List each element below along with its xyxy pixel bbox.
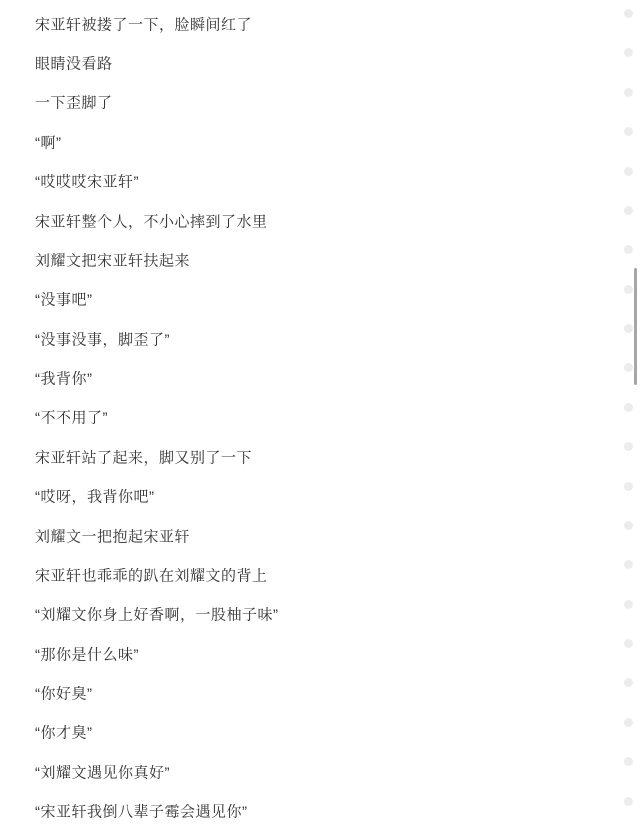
paragraph-comment-dot-icon[interactable] (624, 206, 633, 215)
paragraph-comment-dot-icon[interactable] (624, 797, 633, 806)
paragraph-text: “没事吧” (35, 293, 93, 308)
story-paragraph: “没事吧” (0, 281, 640, 320)
paragraph-text: 一下歪脚了 (35, 96, 113, 111)
paragraph-comment-dot-icon[interactable] (624, 442, 633, 451)
paragraph-comment-dot-icon[interactable] (624, 324, 633, 333)
paragraph-comment-dot-icon[interactable] (624, 678, 633, 687)
story-paragraph: 宋亚轩站了起来，脚又别了一下 (0, 438, 640, 477)
paragraph-text: “啊” (35, 135, 62, 150)
paragraph-comment-dot-icon[interactable] (624, 48, 633, 57)
story-paragraph: “我背你” (0, 359, 640, 398)
paragraph-text: 宋亚轩被搂了一下，脸瞬间红了 (35, 17, 252, 32)
story-paragraph: “哎哎哎宋亚轩” (0, 163, 640, 202)
story-paragraph: 宋亚轩也乖乖的趴在刘耀文的背上 (0, 556, 640, 595)
story-paragraph: “哎呀，我背你吧” (0, 478, 640, 517)
paragraph-text: “我背你” (35, 372, 93, 387)
story-paragraph: 刘耀文一把抱起宋亚轩 (0, 517, 640, 556)
story-paragraph: “啊” (0, 123, 640, 162)
paragraph-comment-dot-icon[interactable] (624, 757, 633, 766)
scrollbar-thumb[interactable] (634, 268, 637, 385)
paragraph-comment-dot-icon[interactable] (624, 639, 633, 648)
paragraph-text: “那你是什么味” (35, 647, 139, 662)
story-paragraph: “不不用了” (0, 399, 640, 438)
story-paragraph: 宋亚轩被搂了一下，脸瞬间红了 (0, 5, 640, 44)
story-paragraph: 眼睛没看路 (0, 44, 640, 83)
story-paragraph: 宋亚轩整个人，不小心摔到了水里 (0, 202, 640, 241)
story-paragraph: “刘耀文你身上好香啊，一股柚子味” (0, 596, 640, 635)
paragraph-text: 宋亚轩整个人，不小心摔到了水里 (35, 214, 268, 229)
paragraph-comment-dot-icon[interactable] (624, 9, 633, 18)
paragraph-comment-dot-icon[interactable] (624, 560, 633, 569)
paragraph-text: “刘耀文遇见你真好” (35, 765, 170, 780)
story-paragraph: “宋亚轩我倒八辈子霉会遇见你” (0, 793, 640, 832)
paragraph-text: “不不用了” (35, 411, 108, 426)
paragraph-comment-dot-icon[interactable] (624, 521, 633, 530)
paragraph-text: “没事没事，脚歪了” (35, 332, 170, 347)
paragraph-comment-dot-icon[interactable] (624, 363, 633, 372)
paragraph-comment-dot-icon[interactable] (624, 482, 633, 491)
paragraph-comment-dot-icon[interactable] (624, 403, 633, 412)
story-paragraph: 一下歪脚了 (0, 84, 640, 123)
reader-page: 宋亚轩被搂了一下，脸瞬间红了眼睛没看路一下歪脚了“啊”“哎哎哎宋亚轩”宋亚轩整个… (0, 0, 640, 837)
paragraph-text: 宋亚轩也乖乖的趴在刘耀文的背上 (35, 568, 268, 583)
paragraph-comment-dot-icon[interactable] (624, 167, 633, 176)
paragraph-comment-dot-icon[interactable] (624, 718, 633, 727)
story-paragraph: “刘耀文遇见你真好” (0, 753, 640, 792)
paragraph-text: “哎哎哎宋亚轩” (35, 175, 139, 190)
paragraph-text: “哎呀，我背你吧” (35, 490, 155, 505)
paragraph-comment-dot-icon[interactable] (624, 600, 633, 609)
story-content: 宋亚轩被搂了一下，脸瞬间红了眼睛没看路一下歪脚了“啊”“哎哎哎宋亚轩”宋亚轩整个… (0, 5, 640, 832)
paragraph-text: “刘耀文你身上好香啊，一股柚子味” (35, 608, 279, 623)
paragraph-comment-dot-icon[interactable] (624, 285, 633, 294)
story-paragraph: 刘耀文把宋亚轩扶起来 (0, 241, 640, 280)
paragraph-text: 宋亚轩站了起来，脚又别了一下 (35, 450, 252, 465)
paragraph-text: “你才臭” (35, 726, 93, 741)
story-paragraph: “那你是什么味” (0, 635, 640, 674)
paragraph-text: “宋亚轩我倒八辈子霉会遇见你” (35, 805, 248, 820)
paragraph-text: 刘耀文一把抱起宋亚轩 (35, 529, 190, 544)
paragraph-comment-dot-icon[interactable] (624, 88, 633, 97)
paragraph-text: 眼睛没看路 (35, 57, 113, 72)
story-paragraph: “你好臭” (0, 674, 640, 713)
paragraph-comment-dot-icon[interactable] (624, 245, 633, 254)
paragraph-text: “你好臭” (35, 687, 93, 702)
paragraph-comment-dot-icon[interactable] (624, 127, 633, 136)
story-paragraph: “没事没事，脚歪了” (0, 320, 640, 359)
story-paragraph: “你才臭” (0, 714, 640, 753)
paragraph-text: 刘耀文把宋亚轩扶起来 (35, 253, 190, 268)
